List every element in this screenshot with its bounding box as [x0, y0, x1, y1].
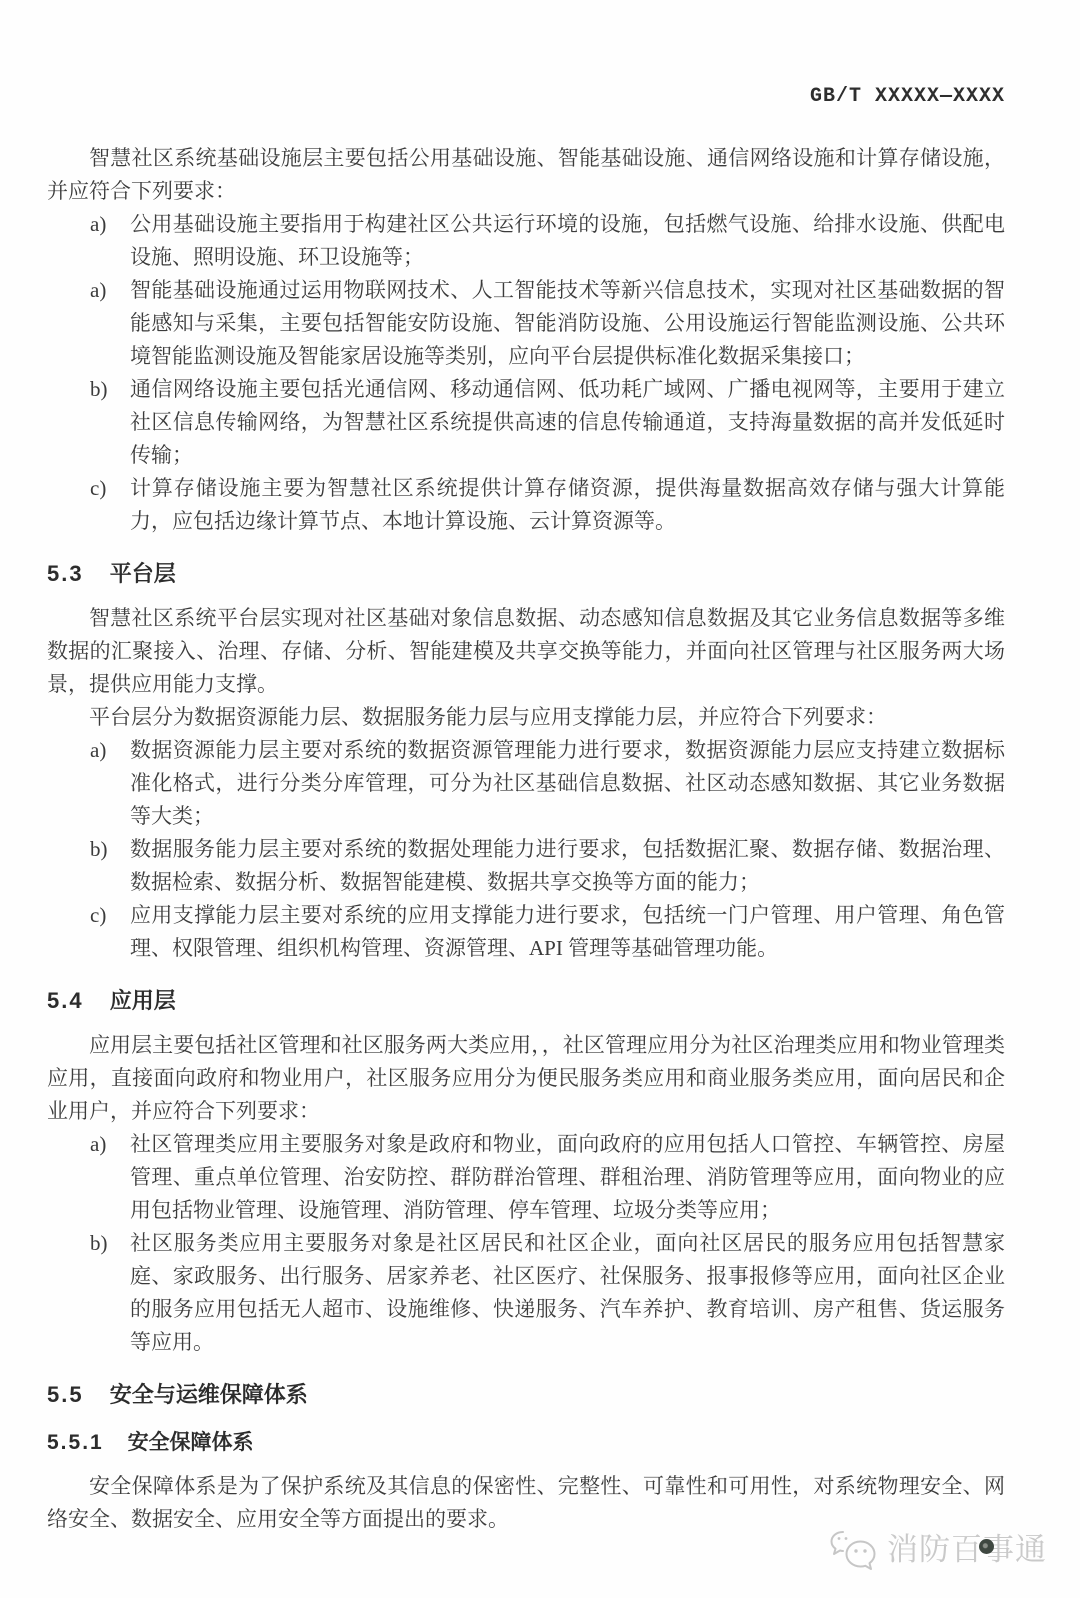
list-item-text: 通信网络设施主要包括光通信网、移动通信网、低功耗广域网、广播电视网等，主要用于建…	[130, 373, 1005, 472]
list-item-label: a)	[90, 1128, 130, 1227]
list-item: a) 社区管理类应用主要服务对象是政府和物业，面向政府的应用包括人口管控、车辆管…	[47, 1128, 1005, 1227]
list-item-text: 数据资源能力层主要对系统的数据资源管理能力进行要求，数据资源能力层应支持建立数据…	[130, 734, 1005, 833]
list-item-label: b)	[90, 1227, 130, 1359]
list-item: c) 应用支撑能力层主要对系统的应用支撑能力进行要求，包括统一门户管理、用户管理…	[47, 899, 1005, 965]
list-item-text: 计算存储设施主要为智慧社区系统提供计算存储资源，提供海量数据高效存储与强大计算能…	[130, 472, 1005, 538]
application-list: a) 社区管理类应用主要服务对象是政府和物业，面向政府的应用包括人口管控、车辆管…	[47, 1128, 1005, 1359]
section-number: 5.5	[47, 1382, 84, 1407]
doc-number-header: GB/T XXXXX—XXXX	[47, 86, 1005, 108]
security-paragraph: 安全保障体系是为了保护系统及其信息的保密性、完整性、可靠性和可用性，对系统物理安…	[47, 1470, 1005, 1536]
list-item-label: a)	[90, 274, 130, 373]
section-title: 安全与运维保障体系	[110, 1382, 308, 1407]
list-item-text: 公用基础设施主要指用于构建社区公共运行环境的设施，包括燃气设施、给排水设施、供配…	[130, 208, 1005, 274]
list-item: c) 计算存储设施主要为智慧社区系统提供计算存储资源，提供海量数据高效存储与强大…	[47, 472, 1005, 538]
list-item-label: a)	[90, 734, 130, 833]
list-item-text: 社区服务类应用主要服务对象是社区居民和社区企业，面向社区居民的服务应用包括智慧家…	[130, 1227, 1005, 1359]
list-item-label: b)	[90, 373, 130, 472]
list-item-text: 社区管理类应用主要服务对象是政府和物业，面向政府的应用包括人口管控、车辆管控、房…	[130, 1128, 1005, 1227]
list-item-text: 智能基础设施通过运用物联网技术、人工智能技术等新兴信息技术，实现对社区基础数据的…	[130, 274, 1005, 373]
section-number: 5.5.1	[47, 1431, 104, 1454]
list-item-text: 数据服务能力层主要对系统的数据处理能力进行要求，包括数据汇聚、数据存储、数据治理…	[130, 833, 1005, 899]
list-item: a) 智能基础设施通过运用物联网技术、人工智能技术等新兴信息技术，实现对社区基础…	[47, 274, 1005, 373]
list-item: b) 通信网络设施主要包括光通信网、移动通信网、低功耗广域网、广播电视网等，主要…	[47, 373, 1005, 472]
section-number: 5.3	[47, 561, 84, 586]
list-item: b) 数据服务能力层主要对系统的数据处理能力进行要求，包括数据汇聚、数据存储、数…	[47, 833, 1005, 899]
section-heading-5-5: 5.5 安全与运维保障体系	[47, 1381, 1005, 1409]
infrastructure-list: a) 公用基础设施主要指用于构建社区公共运行环境的设施，包括燃气设施、给排水设施…	[47, 208, 1005, 538]
list-item: b) 社区服务类应用主要服务对象是社区居民和社区企业，面向社区居民的服务应用包括…	[47, 1227, 1005, 1359]
section-title: 安全保障体系	[128, 1431, 254, 1454]
section-title: 应用层	[110, 988, 176, 1013]
wechat-logo-icon	[829, 1528, 879, 1572]
page-content: GB/T XXXXX—XXXX 智慧社区系统基础设施层主要包括公用基础设施、智能…	[0, 0, 1080, 1536]
platform-paragraph-1: 智慧社区系统平台层实现对社区基础对象信息数据、动态感知信息数据及其它业务信息数据…	[47, 602, 1005, 701]
list-item-label: a)	[90, 208, 130, 274]
section-heading-5-4: 5.4 应用层	[47, 987, 1005, 1015]
list-item: a) 数据资源能力层主要对系统的数据资源管理能力进行要求，数据资源能力层应支持建…	[47, 734, 1005, 833]
watermark: 消防百事通	[829, 1528, 1047, 1572]
section-heading-5-3: 5.3 平台层	[47, 560, 1005, 588]
section-title: 平台层	[110, 561, 176, 586]
watermark-text: 消防百事通	[887, 1528, 1047, 1572]
document-page: GB/T XXXXX—XXXX 智慧社区系统基础设施层主要包括公用基础设施、智能…	[0, 0, 1080, 1598]
platform-paragraph-2: 平台层分为数据资源能力层、数据服务能力层与应用支撑能力层，并应符合下列要求：	[47, 701, 1005, 734]
list-item-label: c)	[90, 472, 130, 538]
list-item-label: c)	[90, 899, 130, 965]
list-item: a) 公用基础设施主要指用于构建社区公共运行环境的设施，包括燃气设施、给排水设施…	[47, 208, 1005, 274]
intro-paragraph: 智慧社区系统基础设施层主要包括公用基础设施、智能基础设施、通信网络设施和计算存储…	[47, 142, 1005, 208]
list-item-label: b)	[90, 833, 130, 899]
list-item-text: 应用支撑能力层主要对系统的应用支撑能力进行要求，包括统一门户管理、用户管理、角色…	[130, 899, 1005, 965]
section-number: 5.4	[47, 988, 84, 1013]
application-paragraph: 应用层主要包括社区管理和社区服务两大类应用，，社区管理应用分为社区治理类应用和物…	[47, 1029, 1005, 1128]
dark-dot-badge	[979, 1539, 994, 1554]
section-heading-5-5-1: 5.5.1 安全保障体系	[47, 1429, 1005, 1456]
platform-list: a) 数据资源能力层主要对系统的数据资源管理能力进行要求，数据资源能力层应支持建…	[47, 734, 1005, 965]
